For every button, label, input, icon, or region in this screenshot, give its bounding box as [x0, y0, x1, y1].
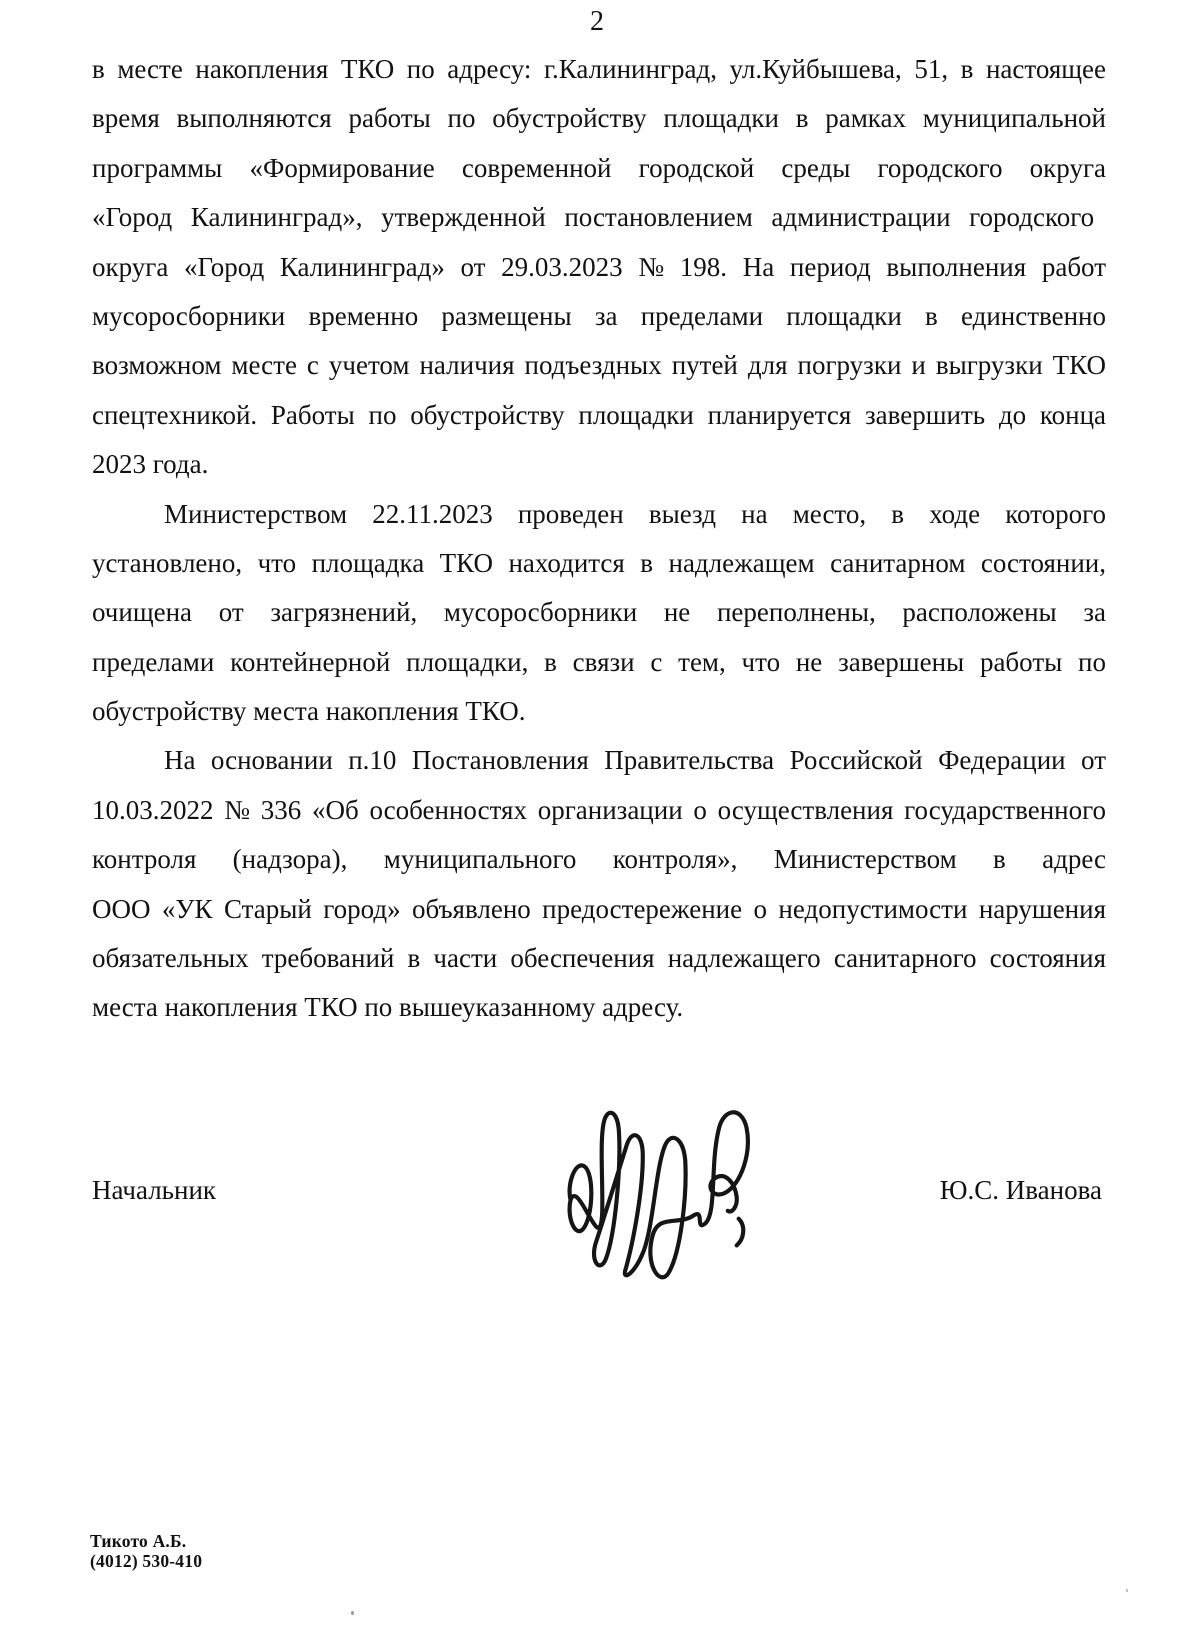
text-line: в месте накопления ТКО по адресу: г.Кали…	[92, 45, 1106, 94]
page-number: 2	[0, 6, 1194, 38]
text-line: 10.03.2022 № 336 «Об особенностях органи…	[92, 786, 1106, 835]
text-line: контроля (надзора), муниципального контр…	[92, 835, 1106, 884]
text-line: округа «Город Калининград» от 29.03.2023…	[92, 243, 1106, 292]
text-line: программы «Формирование современной горо…	[92, 144, 1106, 193]
executor-phone: (4012) 530-410	[90, 1552, 202, 1572]
text-line: пределами контейнерной площадки, в связи…	[92, 638, 1106, 687]
text-line: 2023 года.	[92, 440, 1106, 489]
text-line: спецтехникой. Работы по обустройству пло…	[92, 391, 1106, 440]
text-line: мусоросборники временно размещены за пре…	[92, 292, 1106, 341]
text-line: «Город Калининград», утвержденной постан…	[92, 193, 1106, 242]
scan-artifact	[351, 1611, 354, 1615]
text-line: места накопления ТКО по вышеуказанному а…	[92, 983, 1106, 1032]
scan-artifact	[1126, 1589, 1128, 1592]
text-line: обустройству места накопления ТКО.	[92, 687, 1106, 736]
text-line: ООО «УК Старый город» объявлено предосте…	[92, 885, 1106, 934]
text-line: время выполняются работы по обустройству…	[92, 94, 1106, 143]
signer-position-title: Начальник	[92, 1174, 216, 1206]
executor-footer: Тикото А.Б. (4012) 530-410	[90, 1532, 202, 1571]
text-line: установлено, что площадка ТКО находится …	[92, 539, 1106, 588]
executor-name: Тикото А.Б.	[90, 1532, 202, 1552]
text-line: На основании п.10 Постановления Правител…	[92, 736, 1106, 785]
text-line: Министерством 22.11.2023 проведен выезд …	[92, 490, 1106, 539]
handwritten-signature-icon	[560, 1103, 765, 1281]
text-line: возможном месте с учетом наличия подъезд…	[92, 341, 1106, 390]
document-page: 2 в месте накопления ТКО по адресу: г.Ка…	[0, 0, 1194, 1632]
body-text: в месте накопления ТКО по адресу: г.Кали…	[92, 45, 1106, 1033]
text-line: обязательных требований в части обеспече…	[92, 934, 1106, 983]
signer-name: Ю.С. Иванова	[940, 1174, 1102, 1206]
text-line: очищена от загрязнений, мусоросборники н…	[92, 588, 1106, 637]
